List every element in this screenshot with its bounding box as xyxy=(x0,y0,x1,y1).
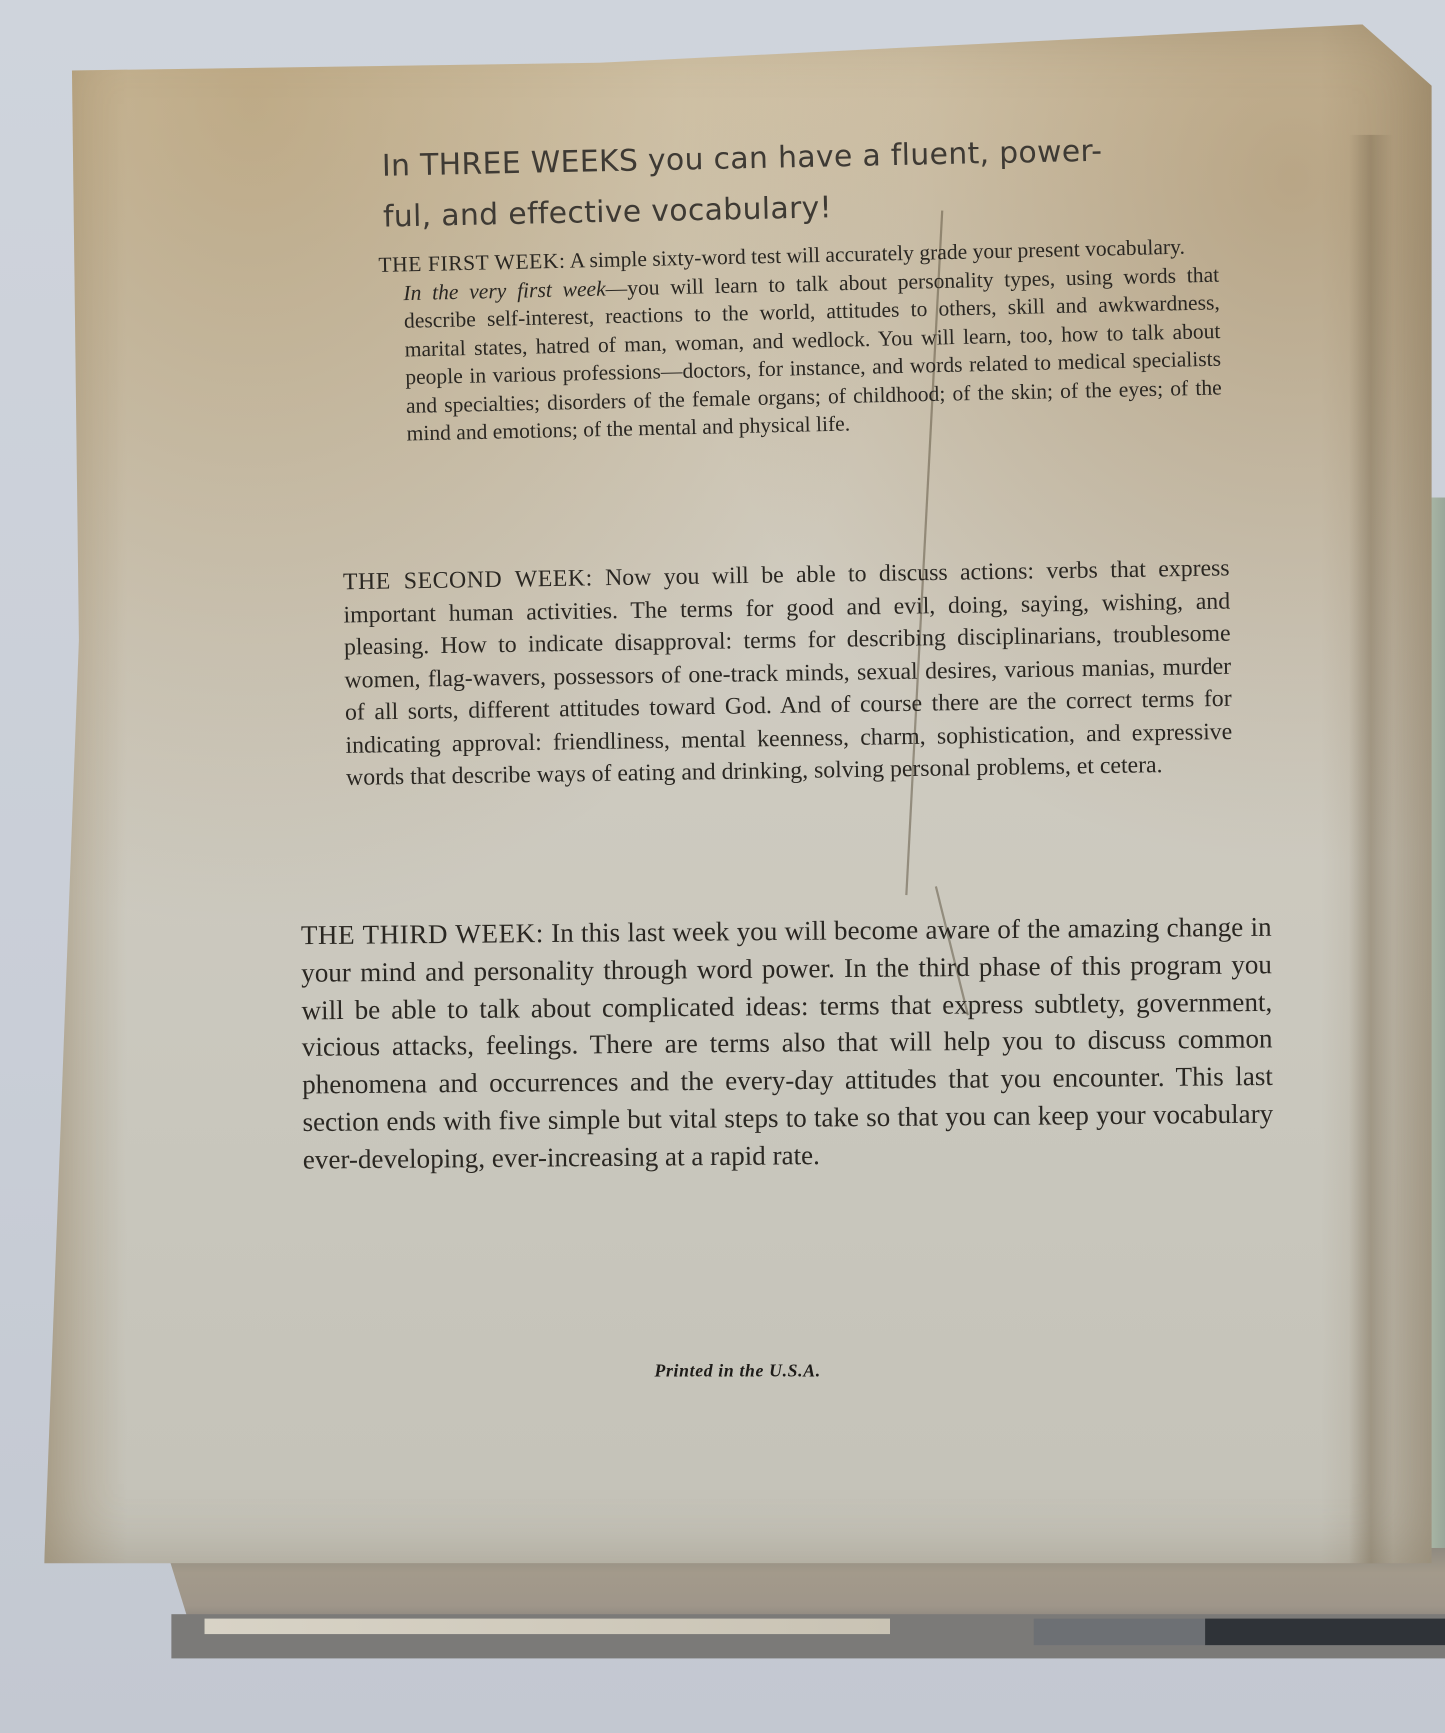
book-bottom-board xyxy=(171,1614,1445,1658)
printed-in-usa: Printed in the U.S.A. xyxy=(655,1362,821,1382)
torn-paper-strip xyxy=(205,1619,890,1634)
grey-tape-strip xyxy=(1034,1619,1205,1646)
first-week-italic-lead: In the very first week xyxy=(403,277,606,305)
first-week-label: THE FIRST WEEK: xyxy=(378,250,566,277)
second-week-label: THE SECOND WEEK: xyxy=(343,564,593,594)
third-week-label: THE THIRD WEEK: xyxy=(301,919,544,951)
photo-scene: In THREE WEEKS you can have a fluent, po… xyxy=(0,0,1445,1733)
headline: In THREE WEEKS you can have a fluent, po… xyxy=(381,123,1245,243)
third-week-body: In this last week you will become aware … xyxy=(301,912,1273,1175)
third-week-section: THE THIRD WEEK: In this last week you wi… xyxy=(301,909,1274,1179)
first-week-section: THE FIRST WEEK: A simple sixty-word test… xyxy=(378,233,1223,449)
second-week-section: THE SECOND WEEK: Now you will be able to… xyxy=(343,552,1233,794)
spine-stain xyxy=(1349,135,1393,1572)
dark-cover-strip xyxy=(1205,1619,1445,1646)
